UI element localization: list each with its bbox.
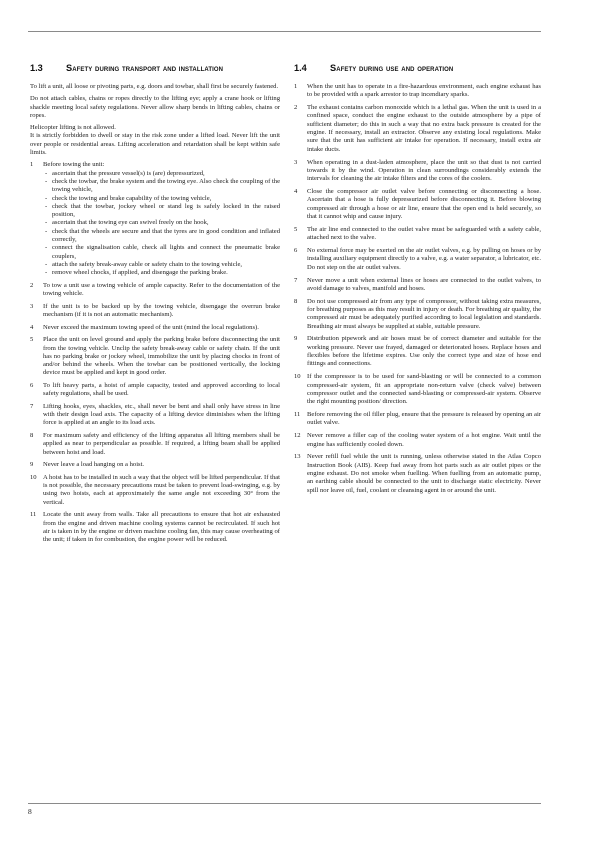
section-heading: 1.4 Safety during use and operation bbox=[294, 61, 541, 75]
item-text: If the compressor is to be used for sand… bbox=[307, 373, 541, 406]
item-number: 9 bbox=[30, 461, 43, 469]
item-text: Never exceed the maximum towing speed of… bbox=[43, 324, 280, 332]
sub-list-item: -attach the safety break-away cable or s… bbox=[43, 261, 280, 269]
item-number: 11 bbox=[30, 511, 43, 544]
item-text: Never leave a load hanging on a hoist. bbox=[43, 461, 280, 469]
sub-list-item: -remove wheel chocks, if applied, and di… bbox=[43, 269, 280, 277]
item-number: 10 bbox=[30, 474, 43, 507]
item-text: Lifting hooks, eyes, shackles, etc., sha… bbox=[43, 403, 280, 428]
item-text: Never refill fuel while the unit is runn… bbox=[307, 453, 541, 494]
item-number: 5 bbox=[294, 226, 307, 243]
sub-list-item: -ascertain that the towing eye can swive… bbox=[43, 219, 280, 227]
item-number: 7 bbox=[30, 403, 43, 428]
list-item: 6To lift heavy parts, a hoist of ample c… bbox=[30, 382, 280, 399]
item-number: 4 bbox=[294, 188, 307, 221]
list-item: 5The air line end connected to the outle… bbox=[294, 226, 541, 243]
item-number: 6 bbox=[294, 247, 307, 272]
sub-list-item: -check the towing and brake capability o… bbox=[43, 195, 280, 203]
list-item: 3When operating in a dust-laden atmosphe… bbox=[294, 159, 541, 184]
section-title: Safety during use and operation bbox=[330, 61, 453, 75]
item-number: 10 bbox=[294, 373, 307, 406]
item-text: Do not use compressed air from any type … bbox=[307, 298, 541, 331]
sub-list-item: -ascertain that the pressure vessel(s) i… bbox=[43, 170, 280, 178]
list-item: 2The exhaust contains carbon monoxide wh… bbox=[294, 104, 541, 154]
sub-list-item: -check the towbar, the brake system and … bbox=[43, 178, 280, 195]
item-text: Before towing the unit: bbox=[43, 161, 280, 169]
list-item: 1When the unit has to operate in a fire-… bbox=[294, 83, 541, 100]
list-item: 5Place the unit on level ground and appl… bbox=[30, 336, 280, 377]
section-1-3: 1.3 Safety during transport and installa… bbox=[30, 61, 280, 549]
item-text: The air line end connected to the outlet… bbox=[307, 226, 541, 243]
list-item: 7Lifting hooks, eyes, shackles, etc., sh… bbox=[30, 403, 280, 428]
item-text: Never move a unit when external lines or… bbox=[307, 277, 541, 294]
item-number: 2 bbox=[30, 282, 43, 299]
item-number: 11 bbox=[294, 411, 307, 428]
item-number: 13 bbox=[294, 453, 307, 494]
item-number: 12 bbox=[294, 432, 307, 449]
item-number: 1 bbox=[294, 83, 307, 100]
list-item: 11Locate the unit away from walls. Take … bbox=[30, 511, 280, 544]
list-item: 12Never remove a filler cap of the cooli… bbox=[294, 432, 541, 449]
section-title: Safety during transport and installation bbox=[66, 61, 223, 75]
item-text: No external force may be exerted on the … bbox=[307, 247, 541, 272]
item-number: 8 bbox=[294, 298, 307, 331]
item-number: 4 bbox=[30, 324, 43, 332]
sub-list-item: -check that the wheels are secure and th… bbox=[43, 228, 280, 245]
numbered-list: 1When the unit has to operate in a fire-… bbox=[294, 83, 541, 495]
item-text: The exhaust contains carbon monoxide whi… bbox=[307, 104, 541, 154]
list-item: 10A hoist has to be installed in such a … bbox=[30, 474, 280, 507]
item-number: 6 bbox=[30, 382, 43, 399]
section-1-4: 1.4 Safety during use and operation 1Whe… bbox=[294, 61, 541, 499]
item-text: Close the compressor air outlet valve be… bbox=[307, 188, 541, 221]
item-number: 1 bbox=[30, 161, 43, 277]
item-text: Locate the unit away from walls. Take al… bbox=[43, 511, 280, 544]
sub-list-item: -check that the towbar, jockey wheel or … bbox=[43, 203, 280, 220]
list-item: 8Do not use compressed air from any type… bbox=[294, 298, 541, 331]
item-number: 7 bbox=[294, 277, 307, 294]
item-text: For maximum safety and efficiency of the… bbox=[43, 432, 280, 457]
paragraph: Do not attach cables, chains or ropes di… bbox=[30, 95, 280, 120]
item-text: When the unit has to operate in a fire-h… bbox=[307, 83, 541, 100]
item-number: 3 bbox=[294, 159, 307, 184]
list-item: 6No external force may be exerted on the… bbox=[294, 247, 541, 272]
list-item: 7Never move a unit when external lines o… bbox=[294, 277, 541, 294]
list-item: 1 Before towing the unit: -ascertain tha… bbox=[30, 161, 280, 277]
list-item: 11Before removing the oil filler plug, e… bbox=[294, 411, 541, 428]
list-item: 13Never refill fuel while the unit is ru… bbox=[294, 453, 541, 494]
item-text: To tow a unit use a towing vehicle of am… bbox=[43, 282, 280, 299]
list-item: 8For maximum safety and efficiency of th… bbox=[30, 432, 280, 457]
item-text: If the unit is to be backed up by the to… bbox=[43, 303, 280, 320]
sub-list-item: -connect the signalisation cable, check … bbox=[43, 244, 280, 261]
item-number: 3 bbox=[30, 303, 43, 320]
list-item: 9Distribution pipework and air hoses mus… bbox=[294, 335, 541, 368]
item-text: Place the unit on level ground and apply… bbox=[43, 336, 280, 377]
item-number: 9 bbox=[294, 335, 307, 368]
item-text: When operating in a dust-laden atmospher… bbox=[307, 159, 541, 184]
paragraph: To lift a unit, all loose or pivoting pa… bbox=[30, 83, 280, 91]
item-text: A hoist has to be installed in such a wa… bbox=[43, 474, 280, 507]
page-number: 8 bbox=[28, 807, 32, 816]
item-text: Never remove a filler cap of the cooling… bbox=[307, 432, 541, 449]
paragraph: It is strictly forbidden to dwell or sta… bbox=[30, 132, 280, 157]
item-text: Before removing the oil filler plug, ens… bbox=[307, 411, 541, 428]
item-number: 2 bbox=[294, 104, 307, 154]
item-number: 5 bbox=[30, 336, 43, 377]
list-item: 10If the compressor is to be used for sa… bbox=[294, 373, 541, 406]
list-item: 2To tow a unit use a towing vehicle of a… bbox=[30, 282, 280, 299]
paragraph: Helicopter lifting is not allowed. bbox=[30, 124, 280, 132]
header-rule bbox=[28, 31, 541, 32]
list-item: 4Never exceed the maximum towing speed o… bbox=[30, 324, 280, 332]
item-text: Distribution pipework and air hoses must… bbox=[307, 335, 541, 368]
sub-list: -ascertain that the pressure vessel(s) i… bbox=[43, 170, 280, 278]
section-number: 1.4 bbox=[294, 61, 330, 75]
item-text: To lift heavy parts, a hoist of ample ca… bbox=[43, 382, 280, 399]
list-item: 9Never leave a load hanging on a hoist. bbox=[30, 461, 280, 469]
numbered-list: 1 Before towing the unit: -ascertain tha… bbox=[30, 161, 280, 544]
footer-rule bbox=[28, 803, 541, 804]
item-number: 8 bbox=[30, 432, 43, 457]
section-heading: 1.3 Safety during transport and installa… bbox=[30, 61, 280, 75]
list-item: 4Close the compressor air outlet valve b… bbox=[294, 188, 541, 221]
section-number: 1.3 bbox=[30, 61, 66, 75]
list-item: 3If the unit is to be backed up by the t… bbox=[30, 303, 280, 320]
